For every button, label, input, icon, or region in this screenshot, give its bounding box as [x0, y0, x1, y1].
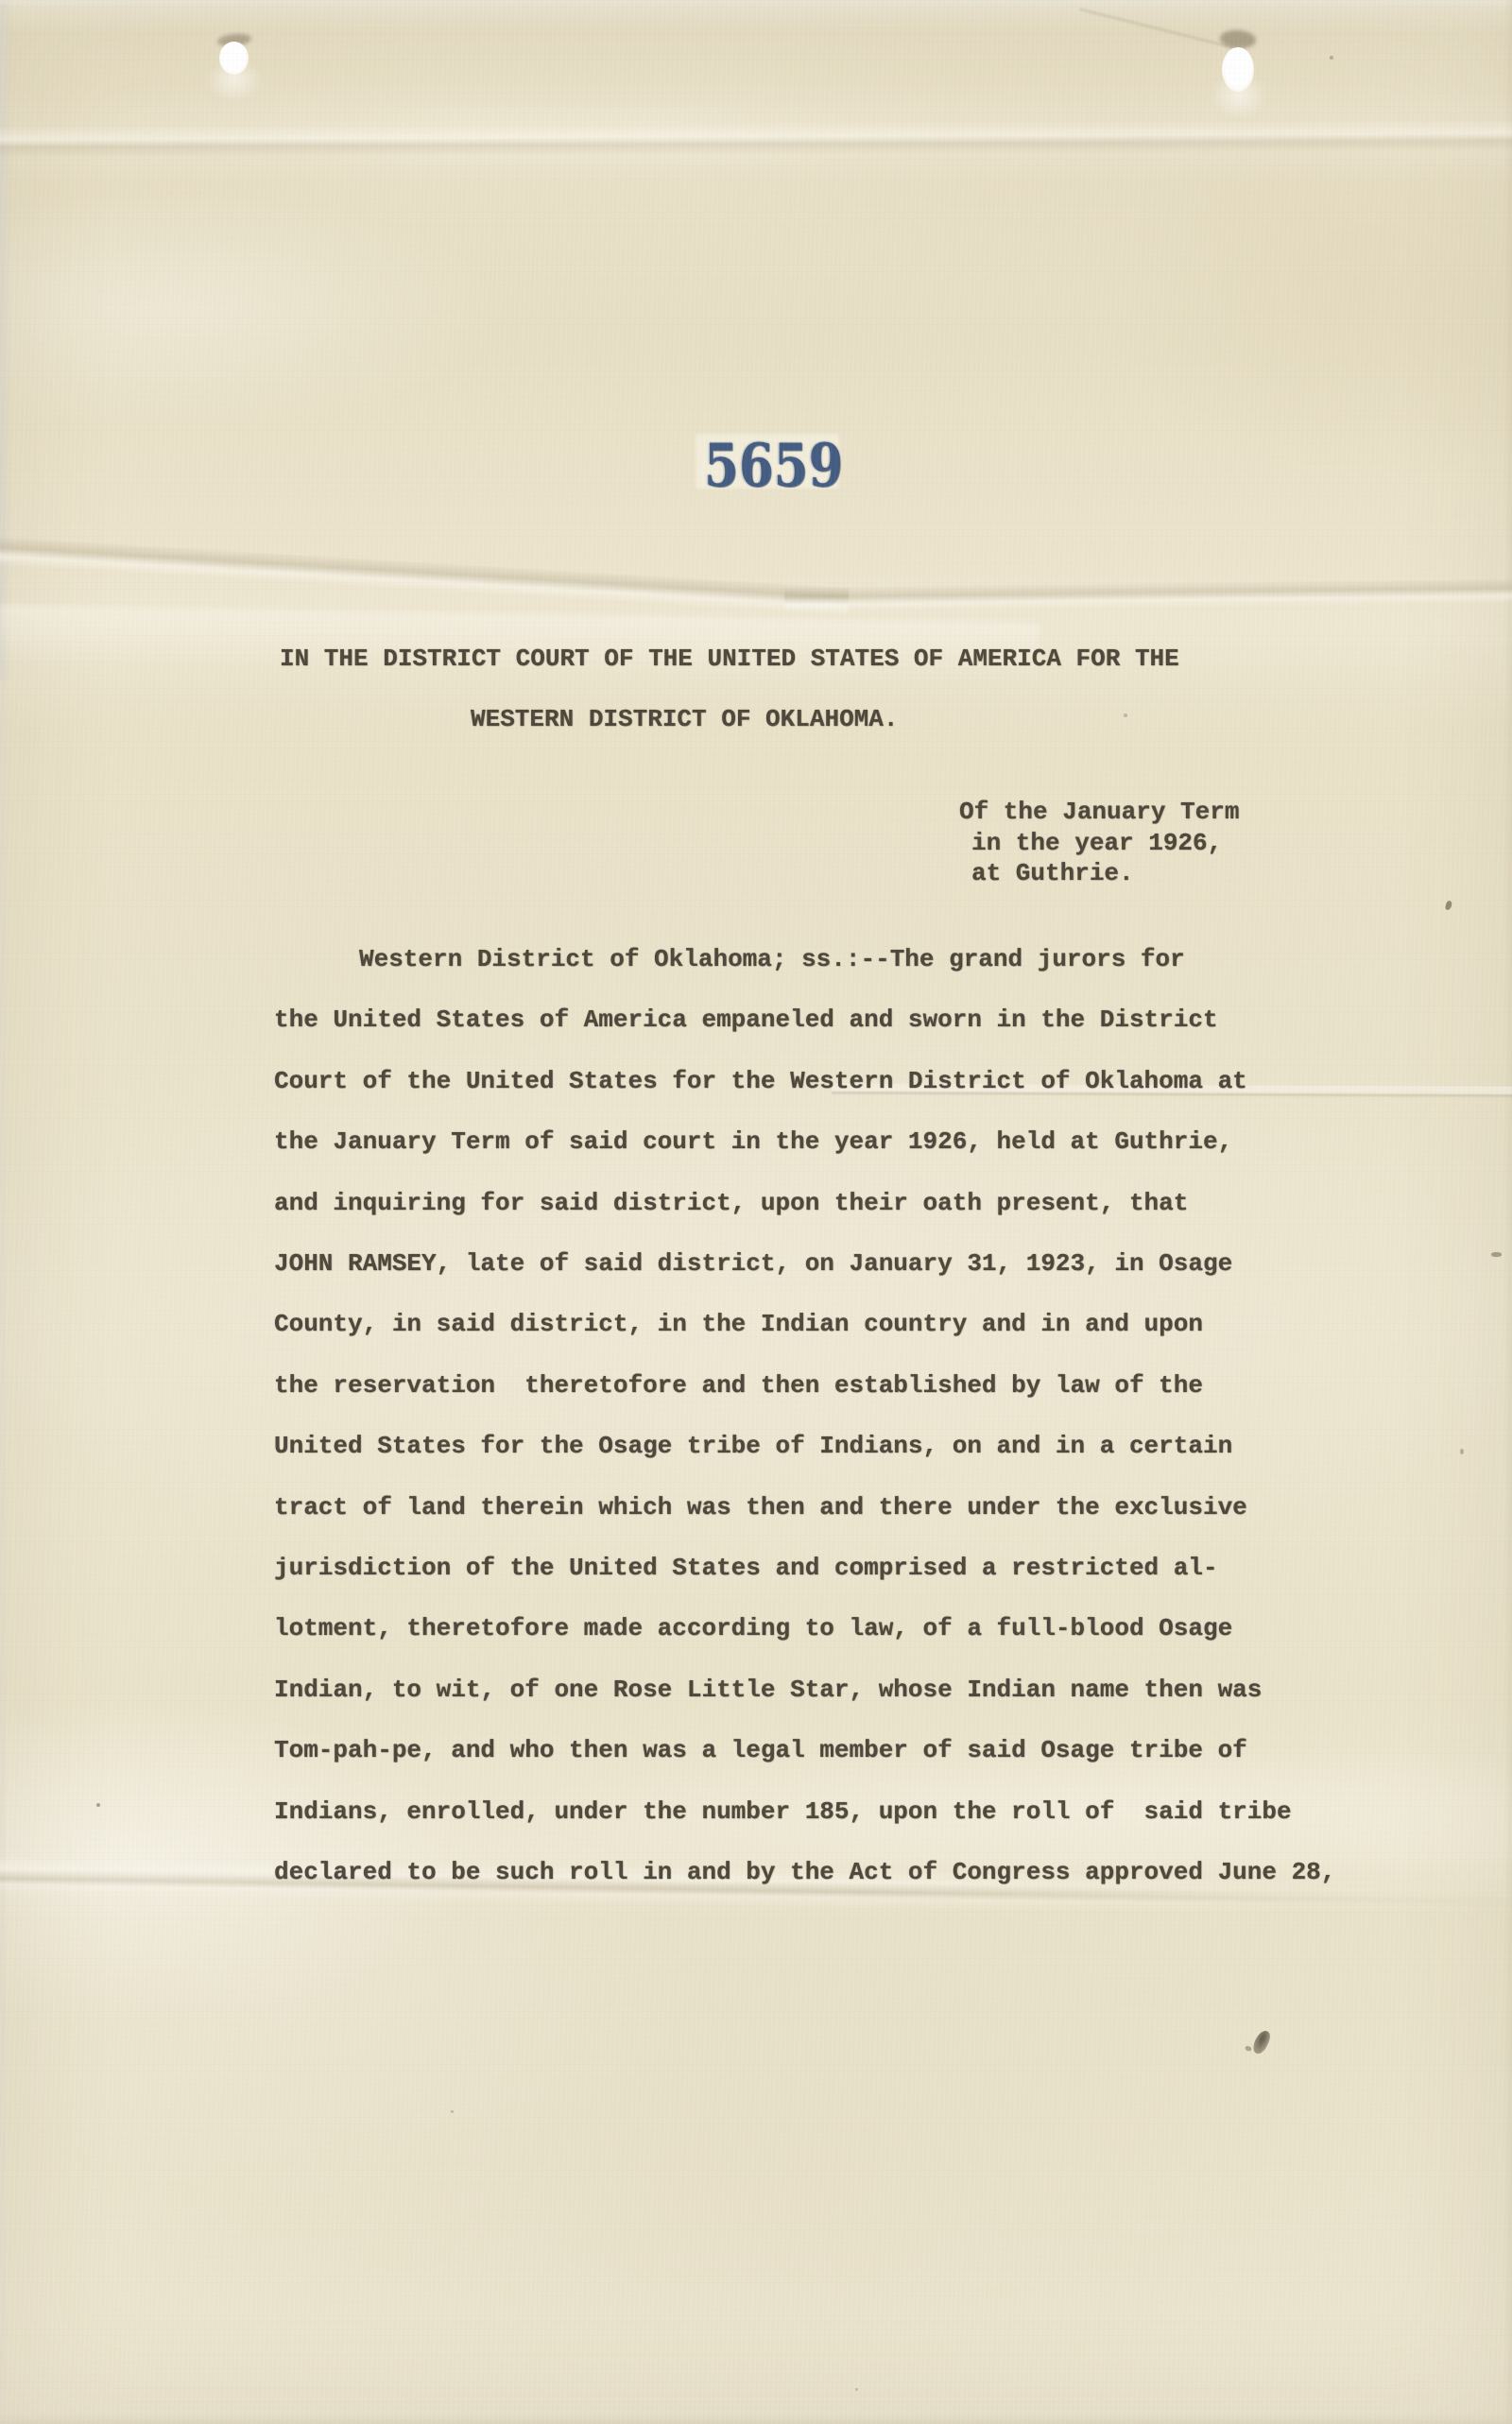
- body-line: lotment, theretofore made according to l…: [274, 1614, 1232, 1642]
- paper-edge-left-strip: [0, 0, 6, 2424]
- punch-hole-right: [1222, 47, 1254, 92]
- punch-hole-left: [219, 42, 249, 75]
- body-line: declared to be such roll in and by the A…: [274, 1858, 1335, 1886]
- scanned-court-document-page: 5659 IN THE DISTRICT COURT OF THE UNITED…: [0, 0, 1512, 2424]
- paper-edge-bottom: [0, 2414, 1512, 2424]
- ink-speck: [855, 2388, 858, 2391]
- ink-speck: [1460, 1449, 1464, 1454]
- body-line: County, in said district, in the Indian …: [274, 1310, 1203, 1338]
- term-line-2: in the year 1926,: [971, 829, 1222, 857]
- fold-crease-upper-left: [0, 537, 849, 616]
- paper-edge-right: [1503, 0, 1512, 2424]
- body-line: and inquiring for said district, upon th…: [274, 1189, 1188, 1217]
- body-line: Western District of Oklahoma; ss.:--The …: [359, 945, 1185, 973]
- ink-speck: [451, 2110, 454, 2113]
- body-line: tract of land therein which was then and…: [274, 1493, 1247, 1521]
- fold-crease-upper-right: [784, 578, 1512, 612]
- body-line: Tom-pah-pe, and who then was a legal mem…: [274, 1736, 1247, 1764]
- ink-speck: [96, 1803, 100, 1807]
- body-line: the United States of America empaneled a…: [274, 1006, 1218, 1034]
- body-line: jurisdiction of the United States and co…: [274, 1554, 1218, 1582]
- body-line: Indian, to wit, of one Rose Little Star,…: [274, 1676, 1262, 1704]
- court-title-line-1: IN THE DISTRICT COURT OF THE UNITED STAT…: [280, 645, 1179, 673]
- ink-speck: [1124, 713, 1127, 717]
- body-line: Indians, enrolled, under the number 185,…: [274, 1797, 1292, 1826]
- ink-speck: [1330, 56, 1333, 60]
- court-title-line-2: WESTERN DISTRICT OF OKLAHOMA.: [471, 705, 898, 733]
- body-line: Court of the United States for the Weste…: [274, 1067, 1247, 1095]
- term-line-1: Of the January Term: [959, 798, 1239, 826]
- body-line: United States for the Osage tribe of Ind…: [274, 1432, 1232, 1460]
- ink-speck: [1491, 1252, 1502, 1257]
- ink-speck: [1445, 900, 1452, 910]
- body-line: the January Term of said court in the ye…: [274, 1127, 1232, 1156]
- case-number-stamp: 5659: [704, 436, 843, 495]
- term-line-3: at Guthrie.: [971, 859, 1134, 887]
- body-line: the reservation theretofore and then est…: [274, 1371, 1203, 1400]
- ink-fleck-bottom-right: [1251, 2028, 1273, 2055]
- body-line: JOHN RAMSEY, late of said district, on J…: [274, 1249, 1232, 1278]
- paper-edge-top: [0, 0, 1512, 7]
- fold-crease-top: [0, 120, 1512, 159]
